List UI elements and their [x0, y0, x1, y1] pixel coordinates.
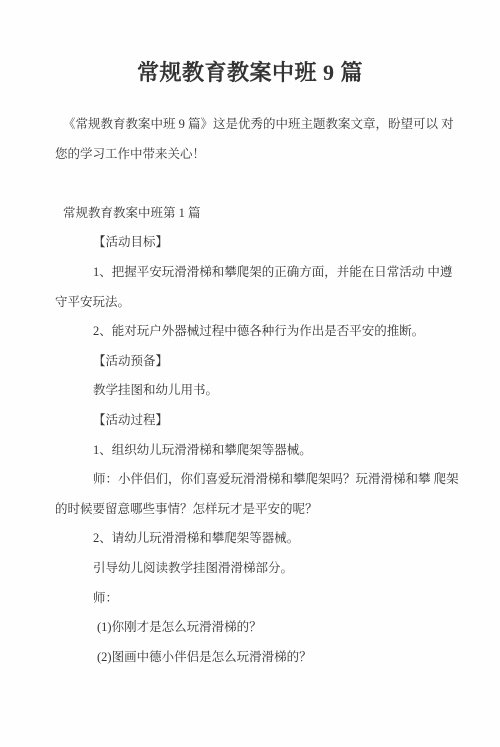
doc-line-question-2: (2)图画中德小伴侣是怎么玩滑滑梯的？: [55, 643, 445, 673]
doc-line-teacher-label: 师：: [55, 584, 445, 614]
document-body: 《常规教育教案中班 9 篇》这是优秀的中班主题教案文章，盼望可以 对 您的学习工…: [55, 110, 445, 672]
doc-line-prep-body: 教学挂图和幼儿用书。: [55, 376, 445, 406]
doc-line-intro-1: 《常规教育教案中班 9 篇》这是优秀的中班主题教案文章，盼望可以 对: [55, 110, 445, 140]
doc-line-process-heading: 【活动过程】: [55, 406, 445, 436]
doc-line-section-title: 常规教育教案中班第 1 篇: [55, 199, 445, 229]
document-title: 常规教育教案中班 9 篇: [40, 58, 460, 88]
doc-line-guide: 引导幼儿阅读教学挂图滑滑梯部分。: [55, 554, 445, 584]
doc-line-prep-heading: 【活动预备】: [55, 347, 445, 377]
blank-line: [55, 169, 445, 199]
doc-line-goal-1b: 守平安玩法。: [55, 288, 445, 318]
document-page: 常规教育教案中班 9 篇 《常规教育教案中班 9 篇》这是优秀的中班主题教案文章…: [0, 0, 500, 747]
doc-line-step-2: 2、请幼儿玩滑滑梯和攀爬架等器械。: [55, 524, 445, 554]
doc-line-teacher-q1b: 的时候要留意哪些事情？怎样玩才是平安的呢？: [55, 495, 445, 525]
doc-line-goal-1a: 1、把握平安玩滑滑梯和攀爬架的正确方面，并能在日常活动 中遵: [55, 258, 445, 288]
doc-line-question-1: (1)你刚才是怎么玩滑滑梯的？: [55, 613, 445, 643]
doc-line-step-1: 1、组织幼儿玩滑滑梯和攀爬架等器械。: [55, 436, 445, 466]
doc-line-goal-2: 2、能对玩户外器械过程中德各种行为作出是否平安的推断。: [55, 317, 445, 347]
doc-line-goal-heading: 【活动目标】: [55, 228, 445, 258]
doc-line-intro-2: 您的学习工作中带来关心！: [55, 140, 445, 170]
doc-line-teacher-q1a: 师：小伴侣们，你们喜爱玩滑滑梯和攀爬架吗？玩滑滑梯和攀 爬架: [55, 465, 445, 495]
